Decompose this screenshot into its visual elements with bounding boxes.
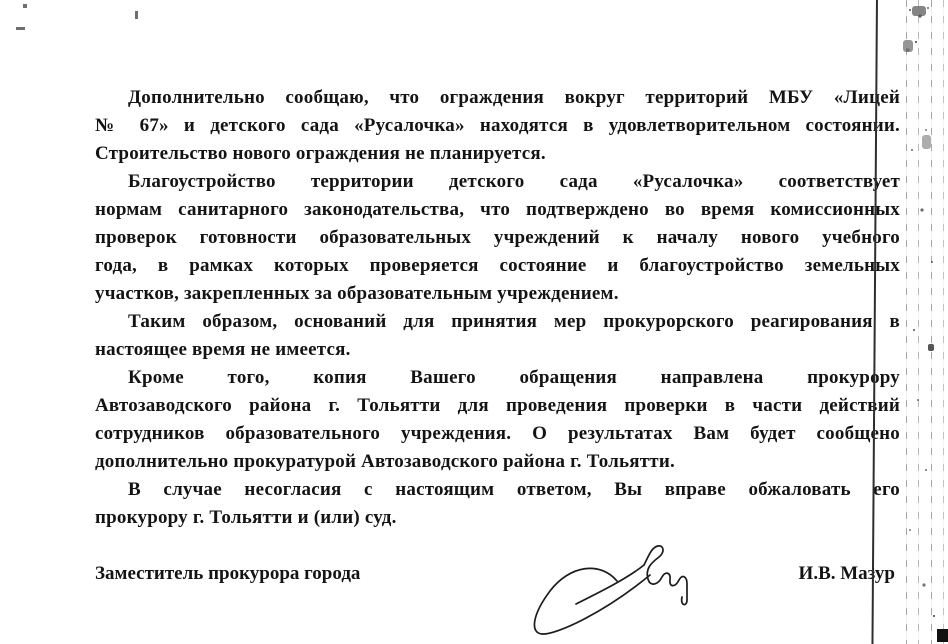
text-line: Кроме того, копия Вашего обращения напра…	[95, 364, 900, 392]
paragraph: В случае несогласия с настоящим ответом,…	[95, 476, 900, 532]
text-line: участков, закрепленных за образовательны…	[95, 280, 900, 308]
text-line: Автозаводского района г. Тольятти для пр…	[95, 392, 900, 420]
faint-fold-line	[906, 0, 907, 644]
black-blob-bottom-right-corner	[937, 629, 948, 642]
faint-fold-line	[931, 0, 932, 644]
text-line: № 67» и детского сада «Русалочка» находя…	[95, 112, 900, 140]
document-body: Дополнительно сообщаю, что ограждения во…	[95, 84, 900, 532]
paragraph: Дополнительно сообщаю, что ограждения во…	[95, 84, 900, 168]
signature-row: Заместитель прокурора города И.В. Мазур	[95, 560, 895, 588]
scan-speck	[23, 4, 27, 8]
text-line: сотрудников образовательного учреждения.…	[95, 420, 900, 448]
text-line: года, в рамках которых проверяется состо…	[95, 252, 900, 280]
faint-fold-line	[918, 0, 919, 644]
scan-speck	[928, 344, 934, 351]
speckle-noise-band	[896, 0, 948, 644]
paragraph: Кроме того, копия Вашего обращения напра…	[95, 364, 900, 476]
scan-speck	[16, 27, 25, 30]
text-line: проверок готовности образовательных учре…	[95, 224, 900, 252]
text-line: В случае несогласия с настоящим ответом,…	[95, 476, 900, 504]
paragraph: Таким образом, оснований для принятия ме…	[95, 308, 900, 364]
scan-smudge	[903, 40, 913, 52]
text-line: Дополнительно сообщаю, что ограждения во…	[95, 84, 900, 112]
faint-fold-line	[943, 0, 944, 644]
signer-name: И.В. Мазур	[799, 560, 895, 588]
scan-smudge	[922, 135, 931, 149]
signer-position-label: Заместитель прокурора города	[95, 560, 360, 588]
scan-speck	[135, 11, 138, 19]
text-line: Таким образом, оснований для принятия ме…	[95, 308, 900, 336]
paragraph: Благоустройство территории детского сада…	[95, 168, 900, 308]
text-line: нормам санитарного законодательства, что…	[95, 196, 900, 224]
scanned-letter-page: Дополнительно сообщаю, что ограждения во…	[0, 0, 948, 644]
text-line: Строительство нового ограждения не плани…	[95, 140, 900, 168]
text-line: настоящее время не имеется.	[95, 336, 900, 364]
text-line: Благоустройство территории детского сада…	[95, 168, 900, 196]
scan-smudge	[912, 6, 926, 16]
text-line: дополнительно прокуратурой Автозаводског…	[95, 448, 900, 476]
text-line: прокурору г. Тольятти и (или) суд.	[95, 504, 900, 532]
handwritten-signature-icon	[512, 543, 702, 638]
